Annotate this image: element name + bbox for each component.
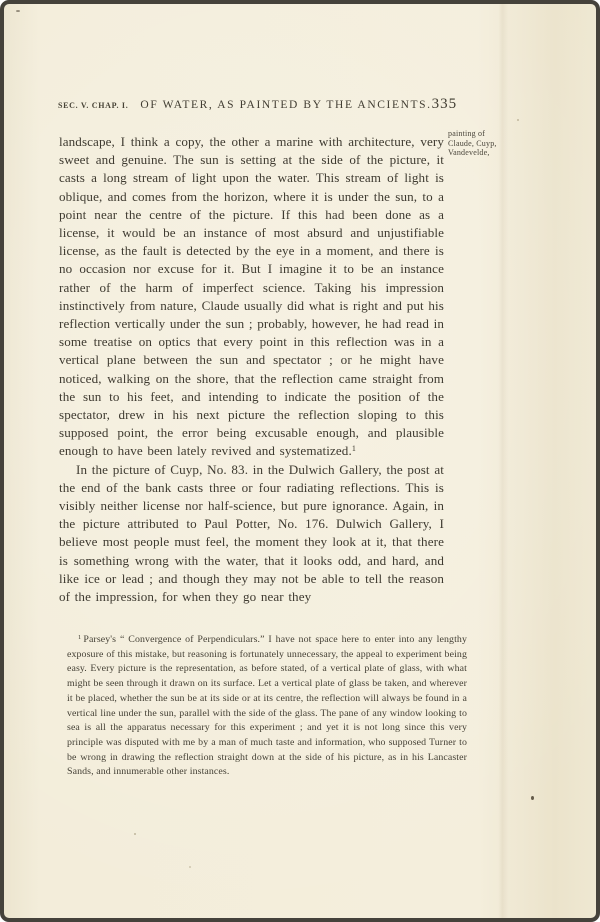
paragraph: landscape, I think a copy, the other a m… — [59, 133, 444, 461]
margin-note-line: Vandevelde, — [448, 148, 530, 158]
running-head-section: SEC. V. CHAP. I. — [58, 101, 128, 110]
paper-speck — [189, 866, 191, 868]
paper-speck — [531, 796, 534, 800]
footnote-marker: 1 — [78, 634, 81, 641]
footnote-reference: 1 — [352, 444, 356, 453]
running-head: SEC. V. CHAP. I. OF WATER, AS PAINTED BY… — [58, 96, 448, 113]
footnote: 1Parsey's “ Convergence of Perpendicular… — [67, 633, 467, 780]
footnote-text: Parsey's “ Convergence of Perpendiculars… — [67, 634, 467, 777]
margin-note-line: Claude, Cuyp, — [448, 139, 530, 149]
page-number: 335 — [432, 96, 458, 113]
margin-note: painting of Claude, Cuyp, Vandevelde, — [448, 129, 530, 158]
book-page: SEC. V. CHAP. I. OF WATER, AS PAINTED BY… — [0, 0, 600, 922]
footnote-paragraph: 1Parsey's “ Convergence of Perpendicular… — [67, 633, 467, 780]
main-text-column: landscape, I think a copy, the other a m… — [59, 133, 444, 606]
paragraph-text: landscape, I think a copy, the other a m… — [59, 134, 444, 458]
paper-speck — [134, 833, 136, 835]
paragraph: In the picture of Cuyp, No. 83. in the D… — [59, 461, 444, 607]
margin-note-line: painting of — [448, 129, 530, 139]
paper-speck — [16, 10, 20, 12]
running-head-title: OF WATER, AS PAINTED BY THE ANCIENTS. — [140, 99, 431, 111]
paper-speck — [517, 119, 519, 121]
paragraph-text: In the picture of Cuyp, No. 83. in the D… — [59, 462, 444, 604]
